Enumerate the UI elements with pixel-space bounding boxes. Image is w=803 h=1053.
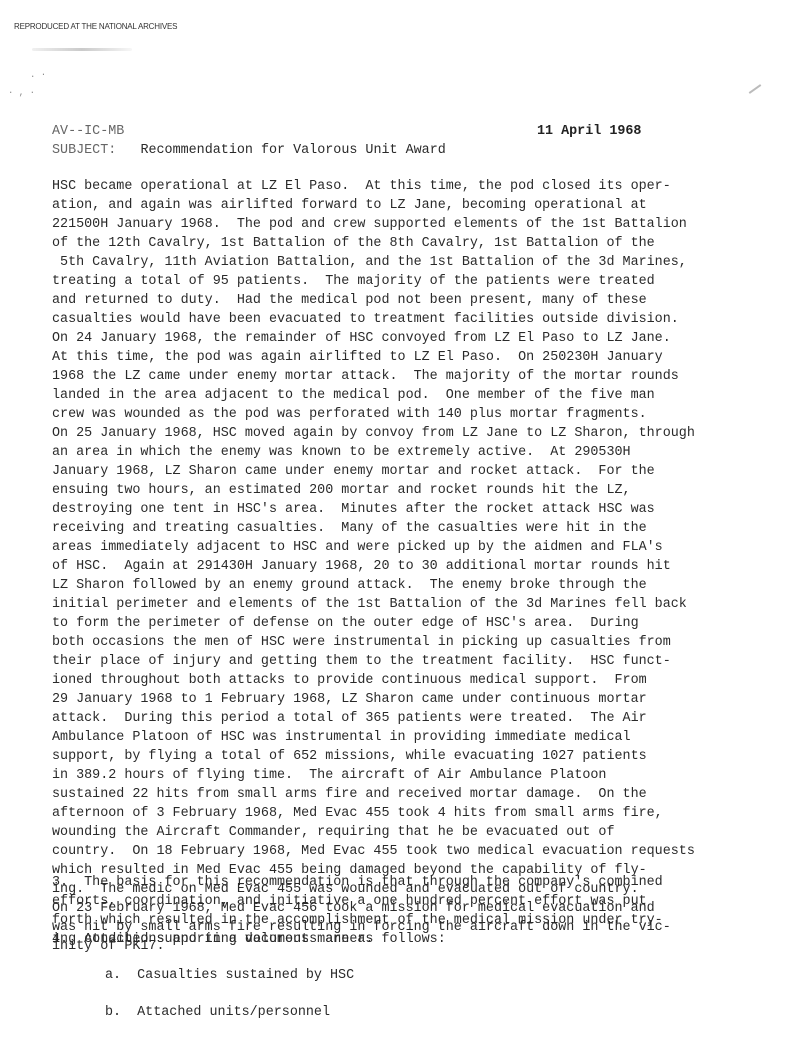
text-line: January 1968, LZ Sharon came under enemy… [52, 462, 695, 481]
text-line: crew was wounded as the pod was perforat… [52, 405, 695, 424]
text-line: 5th Cavalry, 11th Aviation Battalion, an… [52, 253, 695, 272]
text-line: receiving and treating casualties. Many … [52, 519, 695, 538]
text-line: casualties would have been evacuated to … [52, 310, 695, 329]
text-line: areas immediately adjacent to HSC and we… [52, 538, 695, 557]
text-line: 29 January 1968 to 1 February 1968, LZ S… [52, 690, 695, 709]
text-line: efforts, coordination, and initiative a … [52, 892, 663, 911]
scan-specks: . · [30, 70, 46, 80]
text-line: and returned to duty. Had the medical po… [52, 291, 695, 310]
subject-text: Recommendation for Valorous Unit Award [140, 143, 445, 158]
text-line: of HSC. Again at 291430H January 1968, 2… [52, 557, 695, 576]
text-line: country. On 18 February 1968, Med Evac 4… [52, 842, 695, 861]
paragraph-4: 4. Attached supporting documents are as … [52, 930, 446, 949]
text-line: to form the perimeter of defense on the … [52, 614, 695, 633]
text-line: 1968 the LZ came under enemy mortar atta… [52, 367, 695, 386]
text-line: 221500H January 1968. The pod and crew s… [52, 215, 695, 234]
text-line: Ambulance Platoon of HSC was instrumenta… [52, 728, 695, 747]
text-line: support, by flying a total of 652 missio… [52, 747, 695, 766]
text-line: wounding the Aircraft Commander, requiri… [52, 823, 695, 842]
text-line: attack. During this period a total of 36… [52, 709, 695, 728]
attachment-item-b: b. Attached units/personnel [105, 1003, 330, 1022]
scan-specks: · , · [8, 88, 35, 98]
main-paragraph: HSC became operational at LZ El Paso. At… [52, 177, 695, 956]
text-line: their place of injury and getting them t… [52, 652, 695, 671]
text-line: ensuing two hours, an estimated 200 mort… [52, 481, 695, 500]
archive-stamp: REPRODUCED AT THE NATIONAL ARCHIVES [14, 22, 177, 31]
scan-mark [749, 84, 762, 94]
text-line: in 389.2 hours of flying time. The aircr… [52, 766, 695, 785]
text-line: landed in the area adjacent to the medic… [52, 386, 695, 405]
office-symbol: AV--IC-MB [52, 122, 124, 141]
text-line: afternoon of 3 February 1968, Med Evac 4… [52, 804, 695, 823]
attachment-item-a: a. Casualties sustained by HSC [105, 966, 354, 985]
text-line: LZ Sharon followed by an enemy ground at… [52, 576, 695, 595]
text-line: both occasions the men of HSC were instr… [52, 633, 695, 652]
text-line: At this time, the pod was again airlifte… [52, 348, 695, 367]
text-line: HSC became operational at LZ El Paso. At… [52, 177, 695, 196]
text-line: an area in which the enemy was known to … [52, 443, 695, 462]
text-line: 3. The basis for this recommendation is … [52, 873, 663, 892]
subject-line: SUBJECT: Recommendation for Valorous Uni… [52, 141, 752, 160]
text-line: initial perimeter and elements of the 1s… [52, 595, 695, 614]
scan-smudge [32, 48, 132, 51]
text-line: of the 12th Cavalry, 1st Battalion of th… [52, 234, 695, 253]
subject-label: SUBJECT: [52, 143, 116, 158]
text-line: forth which resulted in the accomplishme… [52, 911, 663, 930]
text-line: destroying one tent in HSC's area. Minut… [52, 500, 695, 519]
text-line: On 25 January 1968, HSC moved again by c… [52, 424, 695, 443]
text-line: ioned throughout both attacks to provide… [52, 671, 695, 690]
text-line: On 24 January 1968, the remainder of HSC… [52, 329, 695, 348]
text-line: sustained 22 hits from small arms fire a… [52, 785, 695, 804]
text-line: treating a total of 95 patients. The maj… [52, 272, 695, 291]
document-date: 11 April 1968 [537, 122, 641, 141]
text-line: ation, and again was airlifted forward t… [52, 196, 695, 215]
